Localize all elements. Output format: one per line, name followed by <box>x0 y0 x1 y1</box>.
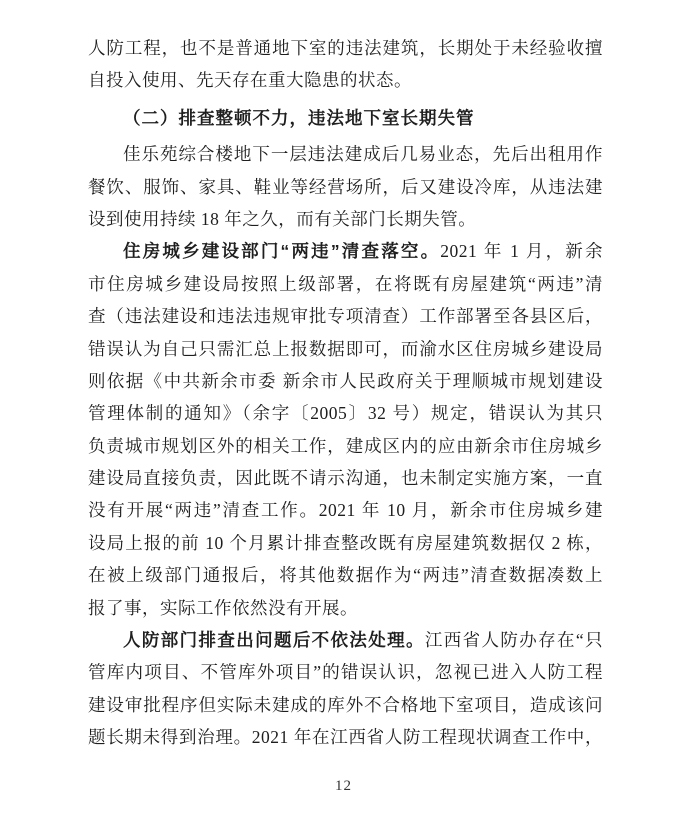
line-segment: 佳乐苑综合楼地下一层违法建成后几易业态，先后出租用作 <box>123 144 603 164</box>
line-segment: 查（违法建设和违法违规审批专项清查）工作部署至各县区后， <box>88 306 603 326</box>
text-line: 查（违法建设和违法违规审批专项清查）工作部署至各县区后， <box>88 300 603 332</box>
text-line: 人防部门排查出问题后不依法处理。江西省人防办存在“只 <box>88 624 603 656</box>
line-segment: 题长期未得到治理。2021 年在江西省人防工程现状调查工作中， <box>88 727 603 747</box>
line-segment: 市住房城乡建设局按照上级部署，在将既有房屋建筑“两违”清 <box>88 274 603 294</box>
text-line: 错误认为自己只需汇总上报数据即可，而渝水区住房城乡建设局 <box>88 333 603 365</box>
text-line: 在被上级部门通报后，将其他数据作为“两违”清查数据凑数上 <box>88 559 603 591</box>
line-segment: 设到使用持续 18 年之久，而有关部门长期失管。 <box>88 209 476 229</box>
line-segment: 江西省人防办存在“只 <box>425 630 603 650</box>
text-line: 则依据《中共新余市委 新余市人民政府关于理顺城市规划建设 <box>88 365 603 397</box>
line-segment: 报了事，实际工作依然没有开展。 <box>88 598 358 618</box>
line-segment: 人防工程，也不是普通地下室的违法建筑，长期处于未经验收擅 <box>88 38 603 58</box>
text-line: 市住房城乡建设局按照上级部署，在将既有房屋建筑“两违”清 <box>88 268 603 300</box>
line-segment: 建设局直接负责，因此既不请示沟通，也未制定实施方案，一直 <box>88 468 603 488</box>
text-line: 负责城市规划区外的相关工作，建成区内的应由新余市住房城乡 <box>88 430 603 462</box>
line-segment: 在被上级部门通报后，将其他数据作为“两违”清查数据凑数上 <box>88 565 603 585</box>
line-segment: 设局上报的前 10 个月累计排查整改既有房屋建筑数据仅 2 栋， <box>88 533 603 553</box>
text-line: 管理体制的通知》（余字〔2005〕32 号）规定，错误认为其只 <box>88 397 603 429</box>
page-number: 12 <box>0 778 687 795</box>
text-line: 自投入使用、先天存在重大隐患的状态。 <box>88 64 603 96</box>
bold-lead-segment: 人防部门排查出问题后不依法处理。 <box>123 630 425 650</box>
line-segment: 则依据《中共新余市委 新余市人民政府关于理顺城市规划建设 <box>88 371 603 391</box>
line-segment: 餐饮、服饰、家具、鞋业等经营场所，后又建设冷库，从违法建 <box>88 177 603 197</box>
text-line: 建设审批程序但实际未建成的库外不合格地下室项目，造成该问 <box>88 689 603 721</box>
line-segment: 错误认为自己只需汇总上报数据即可，而渝水区住房城乡建设局 <box>88 339 603 359</box>
text-line: 没有开展“两违”清查工作。2021 年 10 月，新余市住房城乡建 <box>88 494 603 526</box>
text-line: 报了事，实际工作依然没有开展。 <box>88 592 603 624</box>
text-line: 餐饮、服饰、家具、鞋业等经营场所，后又建设冷库，从违法建 <box>88 171 603 203</box>
text-block: 人防工程，也不是普通地下室的违法建筑，长期处于未经验收擅自投入使用、先天存在重大… <box>88 32 603 754</box>
text-line: 设局上报的前 10 个月累计排查整改既有房屋建筑数据仅 2 栋， <box>88 527 603 559</box>
line-segment: 2021 年 1 月，新余 <box>440 241 603 261</box>
line-segment: 没有开展“两违”清查工作。2021 年 10 月，新余市住房城乡建 <box>88 500 603 520</box>
text-line: 设到使用持续 18 年之久，而有关部门长期失管。 <box>88 203 603 235</box>
bold-lead-segment: 住房城乡建设部门“两违”清查落空。 <box>123 241 440 261</box>
document-page: 人防工程，也不是普通地下室的违法建筑，长期处于未经验收擅自投入使用、先天存在重大… <box>0 0 687 839</box>
section-heading: （二）排查整顿不力，违法地下室长期失管 <box>88 102 603 134</box>
line-segment: （二）排查整顿不力，违法地下室长期失管 <box>123 108 475 128</box>
text-line: 题长期未得到治理。2021 年在江西省人防工程现状调查工作中， <box>88 721 603 753</box>
text-line: 佳乐苑综合楼地下一层违法建成后几易业态，先后出租用作 <box>88 138 603 170</box>
line-segment: 建设审批程序但实际未建成的库外不合格地下室项目，造成该问 <box>88 695 603 715</box>
line-segment: 管库内项目、不管库外项目”的错误认识，忽视已进入人防工程 <box>88 662 603 682</box>
text-line: 住房城乡建设部门“两违”清查落空。2021 年 1 月，新余 <box>88 235 603 267</box>
text-line: 建设局直接负责，因此既不请示沟通，也未制定实施方案，一直 <box>88 462 603 494</box>
text-line: 管库内项目、不管库外项目”的错误认识，忽视已进入人防工程 <box>88 656 603 688</box>
text-line: 人防工程，也不是普通地下室的违法建筑，长期处于未经验收擅 <box>88 32 603 64</box>
line-segment: 管理体制的通知》（余字〔2005〕32 号）规定，错误认为其只 <box>88 403 603 423</box>
line-segment: 负责城市规划区外的相关工作，建成区内的应由新余市住房城乡 <box>88 436 603 456</box>
line-segment: 自投入使用、先天存在重大隐患的状态。 <box>88 70 412 90</box>
